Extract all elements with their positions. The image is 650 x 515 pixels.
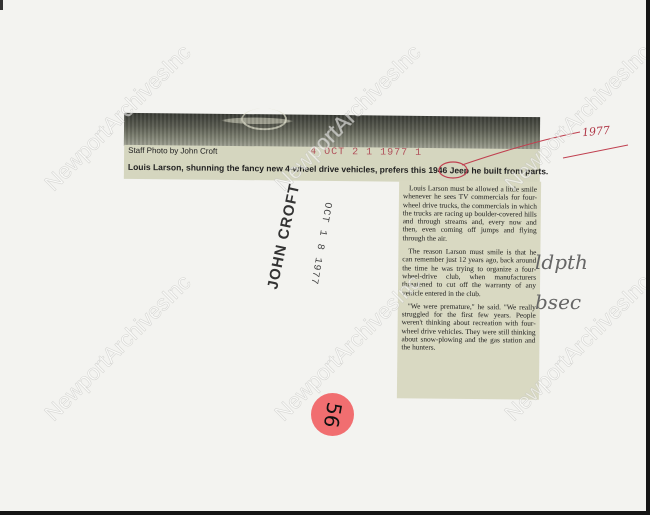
red-pen-marks xyxy=(0,0,650,515)
scan-border-right xyxy=(646,0,650,515)
red-pointer-line xyxy=(462,132,580,165)
red-underline xyxy=(563,145,628,158)
scan-border-bottom xyxy=(0,511,650,515)
